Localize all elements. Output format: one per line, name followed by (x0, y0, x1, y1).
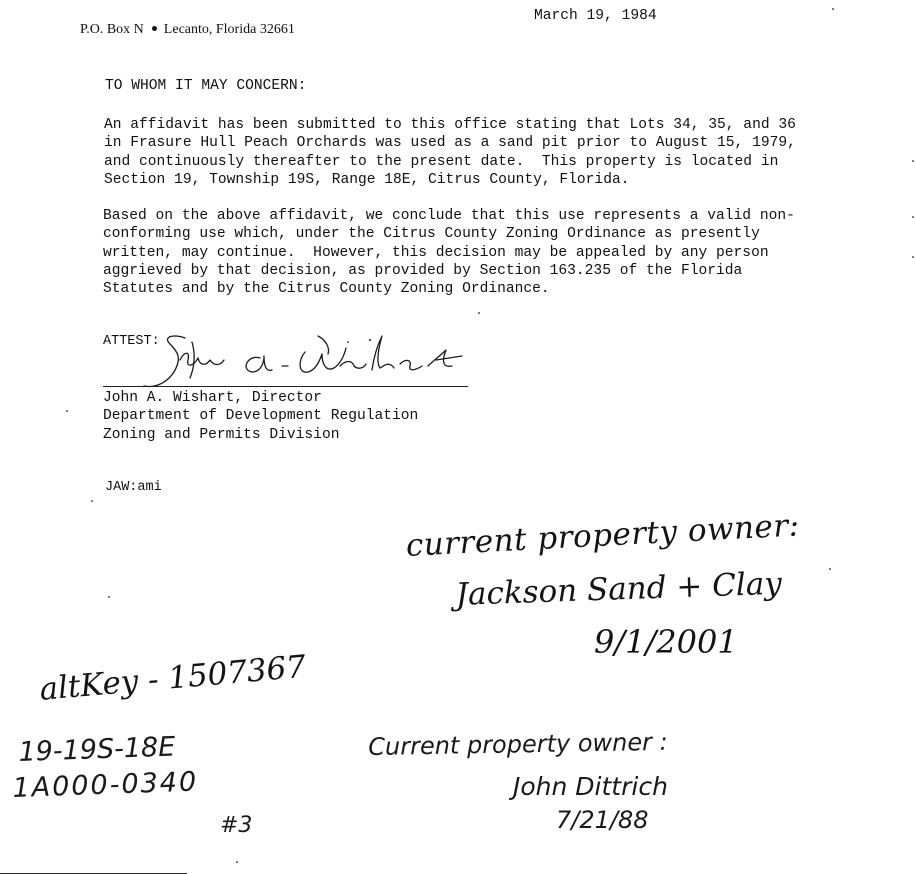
handwritten-owner-name-1988: John Dittrich (513, 772, 668, 801)
handwritten-owner-label-1988: Current property owner : (368, 728, 668, 761)
scan-speck (236, 861, 238, 863)
body-paragraph-2: Based on the above affidavit, we conclud… (103, 207, 795, 298)
scan-speck (912, 160, 914, 162)
scan-speck (912, 256, 914, 258)
city-state-zip: Lecanto, Florida 32661 (164, 22, 295, 37)
handwritten-owner-date-1988: 7/21/88 (556, 806, 649, 834)
scan-speck (829, 568, 831, 570)
salutation: TO WHOM IT MAY CONCERN: (105, 77, 306, 95)
handwritten-owner-date-2001: 9/1/2001 (594, 623, 738, 661)
scan-speck (832, 8, 834, 10)
po-box: P.O. Box N (80, 22, 144, 37)
handwritten-parcel-id: 1A000-0340 (12, 767, 199, 804)
handwritten-owner-label-2001: current property owner: (405, 507, 800, 564)
handwritten-alt-key: altKey - 1507367 (38, 649, 307, 708)
scan-speck (108, 596, 110, 598)
handwritten-owner-name-2001: Jackson Sand + Clay (455, 566, 782, 613)
bullet-separator-icon (152, 26, 157, 31)
handwritten-signature (140, 330, 470, 390)
letter-date: March 19, 1984 (534, 7, 657, 25)
signatory-name-title: John A. Wishart, Director (103, 390, 322, 406)
signatory-division: Zoning and Permits Division (103, 427, 339, 443)
signatory-department: Department of Development Regulation (103, 408, 418, 424)
signature-line (103, 386, 468, 387)
handwritten-section-township-range: 19-19S-18E (18, 732, 176, 768)
scan-speck (91, 500, 93, 502)
scan-speck (912, 216, 914, 218)
body-paragraph-1: An affidavit has been submitted to this … (104, 116, 796, 189)
scan-speck (347, 341, 349, 343)
reference-initials: JAW:ami (105, 479, 162, 497)
handwritten-item-number: #3 (220, 813, 252, 838)
letterhead-address: P.O. Box NLecanto, Florida 32661 (73, 6, 295, 38)
scan-speck (478, 312, 480, 314)
signatory-block: John A. Wishart, Director Department of … (103, 389, 418, 444)
scan-speck (66, 410, 68, 412)
